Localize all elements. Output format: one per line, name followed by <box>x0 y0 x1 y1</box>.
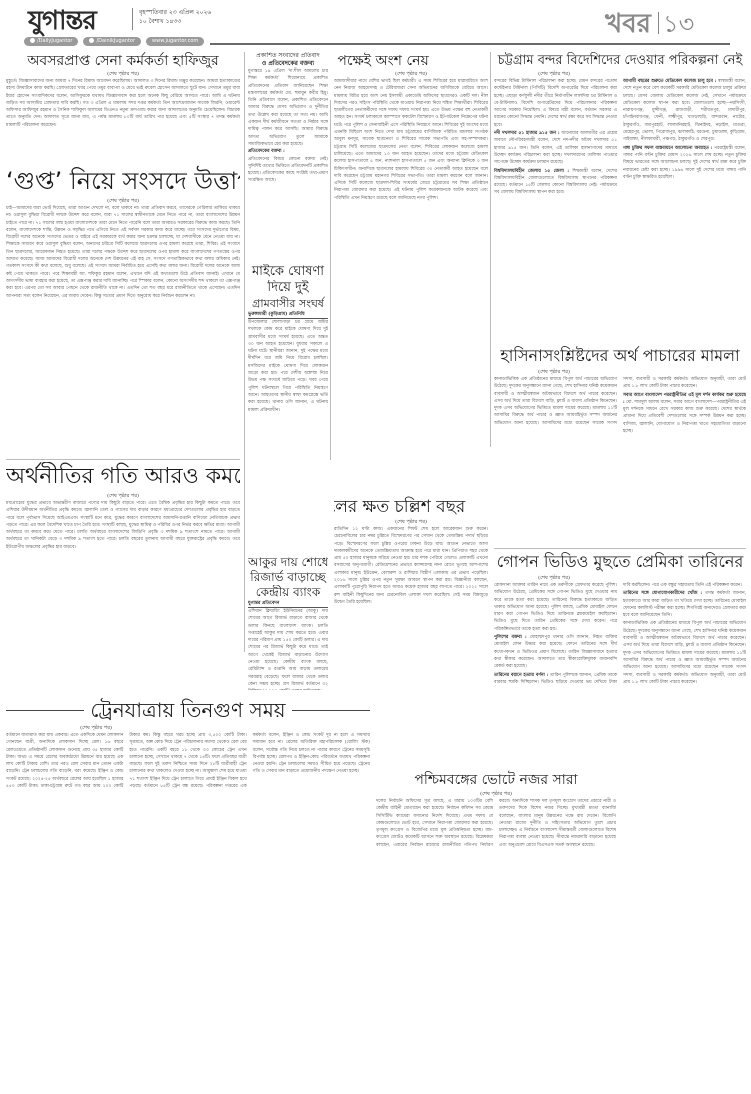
subsection: সবার আগে বাংলাদেশ পররাষ্ট্রনীতির এই মূল … <box>623 392 746 436</box>
article-both-sides[interactable]: উভয় পক্ষেই অংশ নেয় (শেষ পৃষ্ঠার পর) আম… <box>334 52 488 482</box>
social-link-website[interactable]: www.jugantor.com <box>146 37 204 46</box>
subsection: বিশ্ববিদ্যালয়বিহীন জেলায় ১৫ জেলা : শিক… <box>494 168 617 197</box>
article-secret-video[interactable]: গোপন ভিডিও মুছতে প্রেমিকা তারিনের (শেষ প… <box>494 550 746 1090</box>
headline-line-1[interactable]: মাইকে ঘোষণা <box>248 264 328 280</box>
continued-label: (শেষ পৃষ্ঠার পর) <box>6 197 240 205</box>
continued-label: (শেষ পৃষ্ঠার পর) <box>494 70 614 78</box>
article-body: বন্দরের বিভিন্ন টার্মিনাল পরিচালনা করা হ… <box>494 78 746 197</box>
page-number-divider <box>658 12 659 34</box>
reporter-body: প্রতিবেদনের বিষয়ে কোনো বক্তব্য নেই। সুন… <box>248 156 328 185</box>
subsection: গঙ্গা চুক্তির সফল বাস্তবায়নে আলোচনা অব্… <box>623 145 746 181</box>
subsection: নদী দখলদার ৫১ হাজার ৯১৫ জন : আনোয়ার আলম… <box>494 130 617 166</box>
article-bank-reserve[interactable]: আকুর দায় শোধে রিজার্ভ বাড়াচ্ছে কেন্দ্র… <box>248 555 328 690</box>
x-icon <box>30 38 35 43</box>
article-chattogram-port[interactable]: চট্টগ্রাম বন্দর বিদেশিদের দেওয়ার পরিকল্… <box>494 52 746 342</box>
article-body: উপজেলার শোলাগাড়া চর গ্রামে জমির দখলকে ক… <box>248 319 328 414</box>
headline-line-1[interactable]: আকুর দায় শোধে <box>248 555 328 570</box>
headline[interactable]: ট্রেনযাত্রায় তিনগুণ সময় <box>90 696 285 724</box>
article-divider <box>494 548 746 549</box>
subsection-label: নদী দখলদার ৫১ হাজার ৯১৫ জন : <box>494 131 560 136</box>
article-body: বর্তমানে যাতায়াত করা যায় একবার। এতে এক… <box>6 732 370 790</box>
byline: ভুরুঙ্গামারী (কুড়িগ্রাম) প্রতিনিধি <box>248 311 328 319</box>
article-gupta[interactable]: ‘গুপ্ত’ নিয়ে সংসদে উত্তাপ (শেষ পৃষ্ঠার … <box>6 165 240 457</box>
continued-label: (শেষ পৃষ্ঠার পর) <box>6 724 186 732</box>
article-body: চাই—আমাদের যারা ভোট দিয়েছে, তারা আগুন দ… <box>6 205 240 300</box>
article-mike-clash[interactable]: মাইকে ঘোষণা দিয়ে দুই গ্রামবাসীর সংঘর্ষ … <box>248 264 328 414</box>
subsection-label: বিশ্ববিদ্যালয়বিহীন জেলায় ১৫ জেলা : <box>494 169 569 174</box>
reporter-label: প্রতিবেদকের বক্তব্য : <box>248 148 328 155</box>
social-link-x[interactable]: /DailyJugantor <box>24 37 78 46</box>
page-number: ১৩ <box>663 10 694 38</box>
article-body: আমজাদীয়ার নামে বেশির ভাগই ছিল কর্মচারী।… <box>334 78 488 202</box>
subsection-label: তারিনের সঙ্গে যোগাযোগকারীদের খোঁজ : <box>623 591 702 596</box>
article-hafizur[interactable]: অবসরপ্রাপ্ত সেনা কর্মকর্তা হাফিজুর (শেষ … <box>6 52 240 164</box>
headline[interactable]: অর্থনীতির গতি আরও কমবে <box>6 462 240 492</box>
logo-divider <box>132 8 133 30</box>
section-title: খবর <box>605 10 651 38</box>
kicker-protest: প্রকাশিত সংবাদের প্রতিবাদ <box>248 52 328 60</box>
social-links: /DailyJugantor /DainikJugantor www.jugan… <box>24 37 204 46</box>
subsection-label: পুলিশের বক্তব্য : <box>494 635 527 640</box>
subsection-label: আগামী বছরের শুরুতে মেডিকেল কলেজ চালু হবে… <box>623 79 716 84</box>
article-hasina-money[interactable]: হাসিনাসংশ্লিষ্টদের অর্থ পাচারের মামলা (শ… <box>494 344 746 546</box>
subsection: পুলিশের বক্তব্য : মোহাম্মদপুর থানার ওসি … <box>494 634 617 670</box>
article-train[interactable]: ট্রেনযাত্রায় তিনগুণ সময় (শেষ পৃষ্ঠার প… <box>6 696 370 1090</box>
continued-label: (শেষ পৃষ্ঠার পর) <box>334 518 488 526</box>
newspaper-logo[interactable]: যুগান্তর <box>28 8 96 34</box>
headline-line-3[interactable]: গ্রামবাসীর সংঘর্ষ <box>248 296 328 311</box>
headline[interactable]: চট্টগ্রাম বন্দর বিদেশিদের দেওয়ার পরিকল্… <box>494 52 746 70</box>
article-body: রোকসানা আক্তার তারিন নামে এক তরুণীকে গ্র… <box>494 582 746 687</box>
article-protest-statement[interactable]: প্রকাশিত সংবাদের প্রতিবাদ ও প্রতিবেদকের … <box>248 52 328 262</box>
column-divider <box>244 52 245 652</box>
facebook-icon <box>89 38 94 43</box>
headline[interactable]: অবসরপ্রাপ্ত সেনা কর্মকর্তা হাফিজুর <box>6 52 240 70</box>
masthead: যুগান্তর বৃহস্পতিবার ২৩ এপ্রিল ২০২৬ ১০ ব… <box>0 0 751 48</box>
headline-line-3[interactable]: কেন্দ্রীয় ব্যাংক <box>248 585 328 600</box>
subsection-label: তারিনের বয়ানে হত্যার বর্ণনা : <box>494 673 548 678</box>
byline: যুগান্তর প্রতিবেদন <box>248 600 328 608</box>
continued-label: (শেষ পৃষ্ঠার পর) <box>6 70 240 78</box>
paragraph: রোকসানা আক্তার তারিন নামে এক তরুণীকে গ্র… <box>494 582 617 633</box>
header-rule <box>210 43 730 45</box>
article-divider <box>6 459 240 460</box>
social-link-facebook[interactable]: /DainikJugantor <box>83 37 141 46</box>
continued-label: (শেষ পৃষ্ঠার পর) <box>494 574 614 582</box>
article-body: যুগান্তরে ১৯ এপ্রিল ‘দা.শীল আমলের চার শি… <box>248 68 328 148</box>
date-bengali: ১০ বৈশাখ ১৪৩৩ <box>139 17 211 26</box>
continued-label: (শেষ পৃষ্ঠার পর) <box>334 70 488 78</box>
article-body: মুহূর্তে। জিজ্ঞাসাবাদের জন্য আমরা ৭ দিনে… <box>6 78 240 129</box>
headline[interactable]: গোপন ভিডিও মুছতে প্রেমিকা তারিনের <box>494 550 746 574</box>
headline[interactable]: উভয় পক্ষেই অংশ নেয় <box>334 52 488 70</box>
continued-label: (শেষ পৃষ্ঠার পর) <box>6 492 240 500</box>
article-chernobyl[interactable]: চেরনোবিলের ক্ষত চল্লিশ বছর (শেষ পৃষ্ঠার … <box>334 496 488 726</box>
article-body: এশিয়ান ক্লিয়ারিং ইউনিয়নের (আকু) দায় … <box>248 608 328 690</box>
headline-rule-left <box>6 710 84 711</box>
kicker-reporter: ও প্রতিবেদকের বক্তব্য <box>248 60 328 68</box>
subsection: আগামী বছরের শুরুতে মেডিকেল কলেজ চালু হবে… <box>623 78 746 144</box>
paragraph: কানাডাভিত্তিক এক প্রতিষ্ঠানের মাধ্যমে বি… <box>623 620 746 686</box>
paragraph: বন্দরের বিভিন্ন টার্মিনাল পরিচালনা করা হ… <box>494 78 617 129</box>
article-body: রাতিদিন ১২ ঘণ্টা কাজ। একজনের শিফট শেষ হল… <box>334 526 488 606</box>
continued-label: (শেষ পৃষ্ঠার পর) <box>494 368 614 376</box>
dateline: বৃহস্পতিবার ২৩ এপ্রিল ২০২৬ ১০ বৈশাখ ১৪৩৩ <box>139 8 211 26</box>
headline[interactable]: ‘গুপ্ত’ নিয়ে সংসদে উত্তাপ <box>6 165 240 197</box>
subsection: তারিনের সঙ্গে যোগাযোগকারীদের খোঁজ : তদন্… <box>623 590 746 619</box>
column-divider <box>330 100 331 460</box>
headline-line-2[interactable]: রিজার্ভ বাড়াচ্ছে <box>248 570 328 585</box>
headline[interactable]: চেরনোবিলের ক্ষত চল্লিশ বছর <box>334 496 488 518</box>
date-gregorian: বৃহস্পতিবার ২৩ এপ্রিল ২০২৬ <box>139 8 211 17</box>
headline-row: ট্রেনযাত্রায় তিনগুণ সময় <box>6 696 370 724</box>
article-body: মধ্যপ্রাচ্যের যুদ্ধের প্রভাবে অভ্যন্তরীণ… <box>6 500 240 551</box>
article-body: কানাডাভিত্তিক এক প্রতিষ্ঠানের মাধ্যমে বি… <box>494 376 746 435</box>
subsection-label: গঙ্গা চুক্তির সফল বাস্তবায়নে আলোচনা অব্… <box>623 146 712 151</box>
headline-line-2[interactable]: দিয়ে দুই <box>248 280 328 296</box>
column-divider <box>490 52 491 447</box>
headline[interactable]: হাসিনাসংশ্লিষ্টদের অর্থ পাচারের মামলা <box>494 344 746 368</box>
article-economy[interactable]: অর্থনীতির গতি আরও কমবে (শেষ পৃষ্ঠার পর) … <box>6 462 240 694</box>
